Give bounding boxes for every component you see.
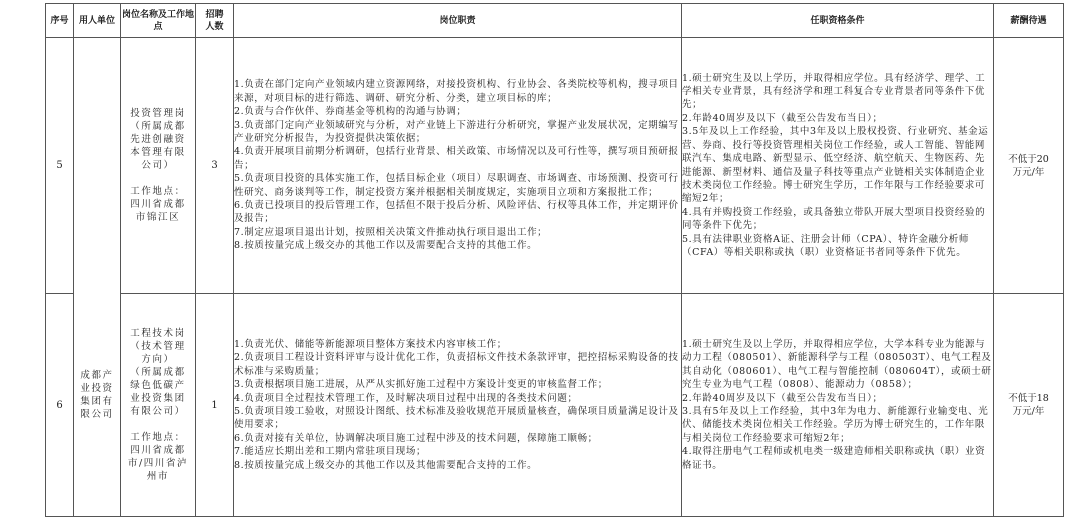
position-line: （所属成都 [121,120,195,133]
position-line: 有限公司） [121,405,195,418]
position-line: 公司） [121,159,195,172]
requirement-item: 3.5年及以上工作经验，其中3年及以上股权投资、行业研究、基金运营、券商、投行等… [682,125,993,205]
salary-cell: 不低于18 万元/年 [994,294,1064,517]
salary-line: 不低于20 [994,153,1063,166]
header-count: 招聘人数 [196,4,234,38]
position-line: 绿色低碳产 [121,379,195,392]
duty-item: 5.负责项目投资的具体实施工作，包括目标企业（项目）尽职调查、市场调查、市场预测… [234,172,681,199]
location-line: 工作地点： [121,431,195,444]
requirement-item: 1.硕士研究生及以上学历，并取得相应学位。具有经济学、理学、工学相关专业背景，具… [682,72,993,112]
row-index: 5 [46,38,74,294]
position-cell: 工程技术岗 （技术管理 方向） （所属成都 绿色低碳产 业投资集团 有限公司） … [121,294,196,517]
headcount: 1 [196,294,234,517]
employer-line: 成都产 [74,369,120,382]
requirement-item: 4.具有并购投资工作经验，或具备独立带队开展大型项目投资经验的同等条件下优先； [682,206,993,233]
position-line: 本管理有限 [121,146,195,159]
position-line: 投资管理岗 [121,107,195,120]
position-line: 方向） [121,353,195,366]
location-line: 工作地点： [121,185,195,198]
requirement-item: 1.硕士研究生及以上学历，并取得相应学位，大学本科专业为能源与动力工程（0805… [682,338,993,392]
position-line: 先进创融资 [121,133,195,146]
requirement-item: 2.年龄40周岁及以下（截至公告发布当日）； [682,112,993,125]
requirement-item: 5.具有法律职业资格A证、注册会计师（CPA）、特许金融分析师（CFA）等相关职… [682,233,993,260]
duty-item: 4.负责项目全过程技术管理工作，及时解决项目过程中出现的各类技术问题； [234,392,681,405]
header-row: 序号 用人单位 岗位名称及工作地点 招聘人数 岗位职责 任职资格条件 薪酬待遇 [46,4,1064,38]
location-line: 四川省成都 [121,198,195,211]
duty-item: 2.负责与合作伙伴、券商基金等机构的沟通与协调； [234,105,681,118]
salary-line: 万元/年 [994,166,1063,179]
position-line: 工程技术岗 [121,327,195,340]
location-line: 四川省成都 [121,444,195,457]
duty-item: 6.负责已投项目的投后管理工作，包括但不限于投后分析、风险评估、行权等具体工作，… [234,199,681,226]
employer-line: 限公司 [74,408,120,421]
header-requirements: 任职资格条件 [682,4,994,38]
position-line: 业投资集团 [121,392,195,405]
salary-line: 万元/年 [994,405,1063,418]
employer-line: 业投资 [74,382,120,395]
position-line: （所属成都 [121,366,195,379]
headcount: 3 [196,38,234,294]
header-employer: 用人单位 [74,4,121,38]
table-row: 5 成都产 业投资 集团有 限公司 投资管理岗 （所属成都 先进创融资 本管理有… [46,38,1064,294]
duty-item: 8.按质按量完成上级交办的其他工作以及其他需要配合支持的工作。 [234,459,681,472]
header-duties: 岗位职责 [234,4,682,38]
duty-item: 2.负责项目工程设计资料评审与设计优化工作，负责招标文件技术条款评审，把控招标采… [234,351,681,378]
position-line: （技术管理 [121,340,195,353]
table-row: 6 工程技术岗 （技术管理 方向） （所属成都 绿色低碳产 业投资集团 有限公司… [46,294,1064,517]
duty-item: 1.负责光伏、储能等新能源项目整体方案技术内容审核工作； [234,338,681,351]
duty-item: 7.制定应退项目退出计划，按照相关决策文件推动执行项目退出工作； [234,226,681,239]
duty-item: 8.按质按量完成上级交办的其他工作以及需要配合支持的其他工作。 [234,239,681,252]
requirements-cell: 1.硕士研究生及以上学历，并取得相应学位。具有经济学、理学、工学相关专业背景，具… [682,38,994,294]
requirement-item: 4.取得注册电气工程师或机电类一级建造师相关职称或执（职）业资格证书。 [682,445,993,472]
duty-item: 7.能适应长期出差和工期内常驻项目现场； [234,445,681,458]
header-position: 岗位名称及工作地点 [121,4,196,38]
duties-cell: 1.负责光伏、储能等新能源项目整体方案技术内容审核工作； 2.负责项目工程设计资… [234,294,682,517]
header-index: 序号 [46,4,74,38]
employer-line: 集团有 [74,395,120,408]
duty-item: 5.负责项目竣工验收，对照设计图纸、技术标准及验收规范开展质量核查，确保项目质量… [234,405,681,432]
duties-cell: 1.负责在部门定向产业领域内建立资源网络，对接投资机构、行业协会、各类院校等机构… [234,38,682,294]
requirement-item: 2.年龄40周岁及以下（截至公告发布当日）； [682,392,993,405]
row-index: 6 [46,294,74,517]
duty-item: 4.负责开展项目前期分析调研，包括行业背景、相关政策、市场情况以及可行性等，撰写… [234,145,681,172]
duty-item: 1.负责在部门定向产业领域内建立资源网络，对接投资机构、行业协会、各类院校等机构… [234,78,681,105]
location-line: 市/四川省泸 [121,457,195,470]
requirement-item: 3.具有5年及以上工作经验，其中3年为电力、新能源行业输变电、光伏、储能技术类岗… [682,405,993,445]
duty-item: 3.负责根据项目施工进展，从严从实抓好施工过程中方案设计变更的审核监督工作； [234,378,681,391]
duty-item: 6.负责对接有关单位，协调解决项目施工过程中涉及的技术问题，保障施工顺畅； [234,432,681,445]
recruitment-table: 序号 用人单位 岗位名称及工作地点 招聘人数 岗位职责 任职资格条件 薪酬待遇 … [45,3,1064,517]
location-line: 州市 [121,470,195,483]
salary-line: 不低于18 [994,392,1063,405]
employer-cell: 成都产 业投资 集团有 限公司 [74,38,121,517]
salary-cell: 不低于20 万元/年 [994,38,1064,294]
duty-item: 3.负责部门定向产业领域研究与分析，对产业链上下游进行分析研究，掌握产业发展状况… [234,119,681,146]
header-salary: 薪酬待遇 [994,4,1064,38]
location-line: 市锦江区 [121,211,195,224]
position-cell: 投资管理岗 （所属成都 先进创融资 本管理有限 公司） 工作地点： 四川省成都 … [121,38,196,294]
requirements-cell: 1.硕士研究生及以上学历，并取得相应学位，大学本科专业为能源与动力工程（0805… [682,294,994,517]
